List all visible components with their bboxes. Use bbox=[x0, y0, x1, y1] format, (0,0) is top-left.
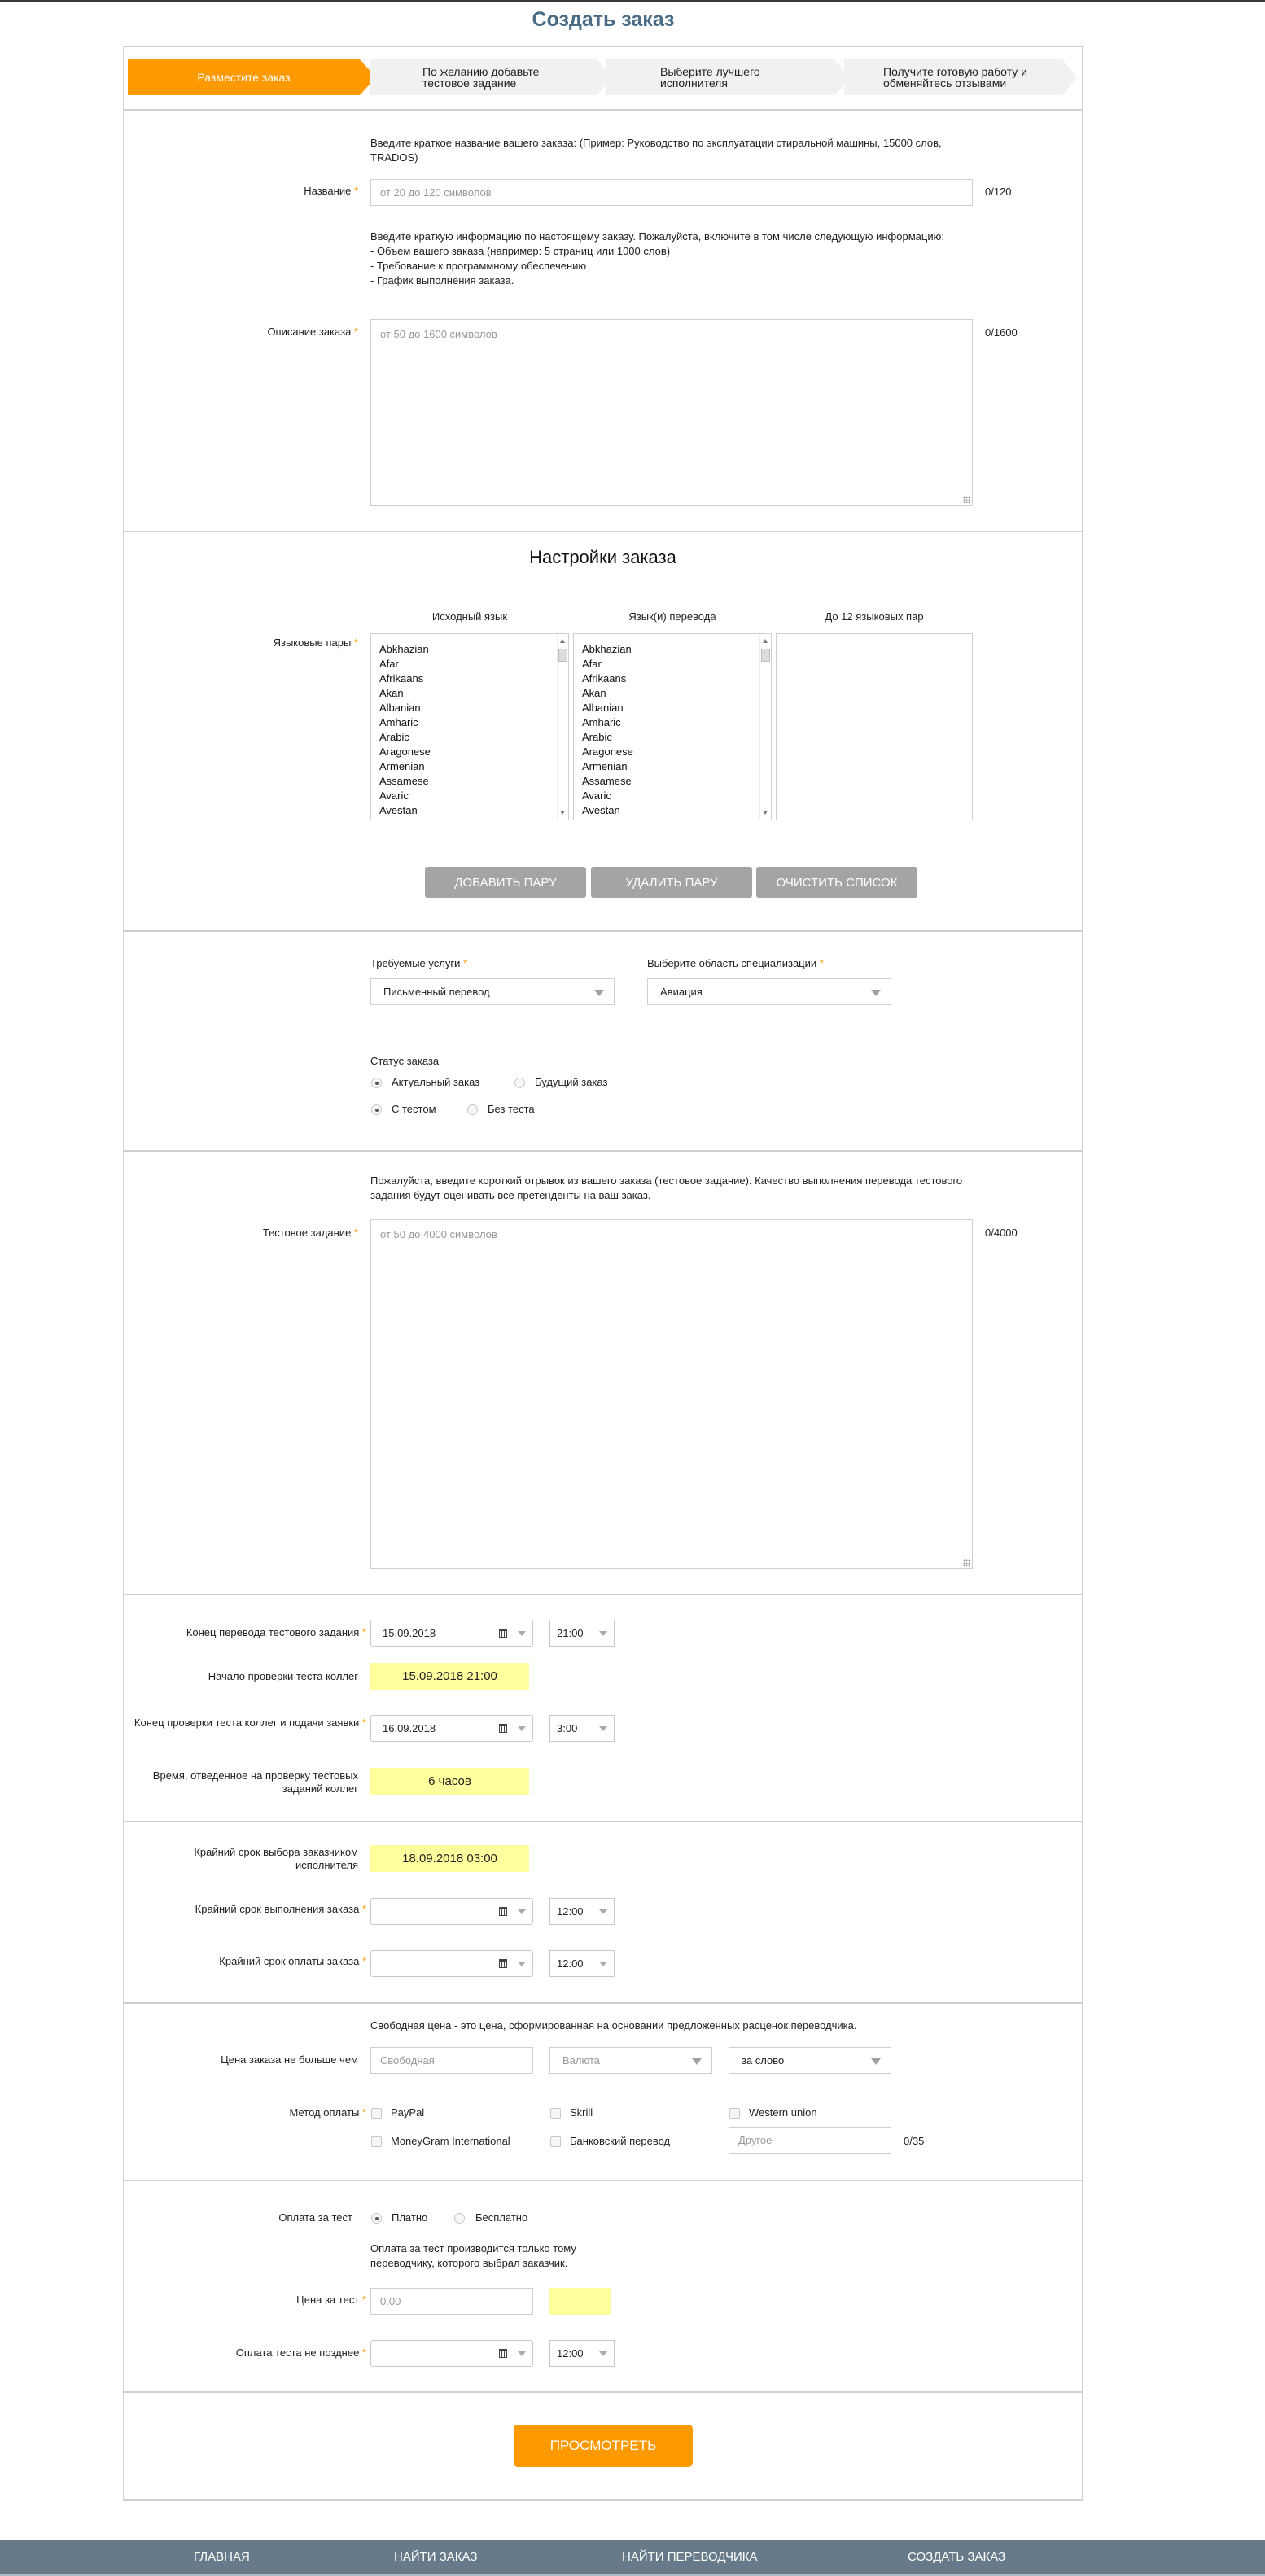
name-input[interactable]: от 20 до 120 символов bbox=[370, 179, 973, 206]
footer-link-find-translator[interactable]: НАЙТИ ПЕРЕВОДЧИКА bbox=[622, 2540, 758, 2574]
test-price-input[interactable]: 0.00 bbox=[370, 2288, 533, 2315]
review-start-label: Начало проверки теста коллег bbox=[130, 1670, 358, 1683]
description-hint: Введите краткую информацию по настоящему… bbox=[370, 230, 956, 288]
test-payment-hint: Оплата за тест производится только тому … bbox=[370, 2241, 615, 2271]
test-task-textarea[interactable]: от 50 до 4000 символов bbox=[370, 1219, 973, 1569]
description-label: Описание заказа * bbox=[163, 326, 358, 339]
paid-test-radio[interactable] bbox=[371, 2213, 382, 2224]
language-option[interactable]: Amharic bbox=[379, 715, 431, 730]
footer-link-home[interactable]: ГЛАВНАЯ bbox=[194, 2540, 250, 2574]
pairs-header: До 12 языковых пар bbox=[776, 610, 973, 623]
divider bbox=[123, 531, 1083, 532]
source-list-scrollbar[interactable] bbox=[557, 634, 568, 820]
language-option[interactable]: Arabic bbox=[582, 730, 633, 745]
with-test-label: С тестом bbox=[392, 1103, 436, 1115]
test-task-hint: Пожалуйста, введите короткий отрывок из … bbox=[370, 1174, 973, 1203]
paypal-label: PayPal bbox=[391, 2106, 424, 2119]
language-option[interactable]: Avestan bbox=[379, 803, 431, 818]
language-option[interactable]: Akan bbox=[582, 686, 633, 701]
language-option[interactable]: Armenian bbox=[582, 759, 633, 774]
divider bbox=[123, 1821, 1083, 1822]
language-option[interactable]: Albanian bbox=[379, 701, 431, 715]
price-label: Цена заказа не больше чем bbox=[130, 2053, 358, 2066]
divider bbox=[123, 1594, 1083, 1595]
review-duration-label: Время, отведенное на проверку тестовых з… bbox=[130, 1769, 358, 1795]
language-option[interactable]: Afar bbox=[582, 657, 633, 671]
status-current-radio[interactable] bbox=[371, 1078, 382, 1088]
divider bbox=[123, 2180, 1083, 2181]
language-option[interactable]: Amharic bbox=[582, 715, 633, 730]
language-option[interactable]: Assamese bbox=[379, 774, 431, 789]
name-label: Название * bbox=[163, 185, 358, 198]
language-option[interactable]: Afrikaans bbox=[379, 671, 431, 686]
language-option[interactable]: Avaric bbox=[379, 789, 431, 803]
price-unit-select[interactable]: за слово bbox=[729, 2047, 891, 2074]
chevron-down-icon bbox=[599, 1631, 607, 1636]
skrill-label: Skrill bbox=[570, 2106, 593, 2119]
description-counter: 0/1600 bbox=[985, 326, 1018, 339]
test-task-counter: 0/4000 bbox=[985, 1227, 1018, 1239]
test-payment-time-select[interactable]: 12:00 bbox=[549, 2340, 615, 2367]
step-4-arrow bbox=[1062, 59, 1077, 95]
name-hint: Введите краткое название вашего заказа: … bbox=[370, 136, 956, 165]
services-select[interactable]: Письменный перевод bbox=[370, 978, 615, 1005]
chevron-down-icon bbox=[518, 1962, 526, 1966]
chevron-down-icon bbox=[599, 1726, 607, 1731]
choose-deadline-label: Крайний срок выбора заказчиком исполните… bbox=[130, 1846, 358, 1872]
divider bbox=[123, 930, 1083, 932]
name-counter: 0/120 bbox=[985, 186, 1012, 198]
settings-heading: Настройки заказа bbox=[123, 547, 1083, 568]
step-1: Разместите заказ bbox=[128, 59, 360, 95]
footer-link-create-order[interactable]: СОЗДАТЬ ЗАКАЗ bbox=[908, 2540, 1005, 2574]
price-input[interactable]: Свободная bbox=[370, 2047, 533, 2074]
calendar-icon bbox=[499, 1959, 507, 1968]
preview-button[interactable]: ПРОСМОТРЕТЬ bbox=[514, 2425, 693, 2467]
language-option[interactable]: Abkhazian bbox=[379, 642, 431, 657]
language-option[interactable]: Aragonese bbox=[582, 745, 633, 759]
choose-deadline-value: 18.09.2018 03:00 bbox=[370, 1845, 529, 1872]
other-payment-input[interactable]: Другое bbox=[729, 2127, 891, 2154]
complete-deadline-label: Крайний срок выполнения заказа * bbox=[130, 1903, 366, 1916]
target-language-header: Язык(и) перевода bbox=[573, 610, 772, 623]
status-current-label: Актуальный заказ bbox=[392, 1076, 479, 1088]
chevron-down-icon bbox=[518, 2351, 526, 2356]
clear-list-button[interactable]: ОЧИСТИТЬ СПИСОК bbox=[756, 867, 917, 898]
chevron-down-icon bbox=[518, 1726, 526, 1731]
calendar-icon bbox=[499, 2349, 507, 2358]
review-end-date-picker[interactable]: 16.09.2018 bbox=[370, 1715, 533, 1742]
test-payment-deadline-label: Оплата теста не позднее * bbox=[130, 2346, 366, 2360]
free-test-radio[interactable] bbox=[454, 2213, 465, 2224]
description-textarea[interactable]: от 50 до 1600 символов bbox=[370, 319, 973, 506]
order-status-label: Статус заказа bbox=[370, 1054, 439, 1069]
language-option[interactable]: Afrikaans bbox=[582, 671, 633, 686]
target-language-list[interactable]: AbkhazianAfarAfrikaansAkanAlbanianAmhari… bbox=[573, 633, 772, 820]
moneygram-label: MoneyGram International bbox=[391, 2135, 510, 2147]
chevron-down-icon bbox=[599, 2351, 607, 2356]
divider bbox=[123, 2391, 1083, 2393]
bank-transfer-checkbox[interactable] bbox=[550, 2136, 561, 2147]
services-label: Требуемые услуги * bbox=[370, 956, 467, 971]
test-price-currency-display bbox=[549, 2288, 611, 2315]
source-language-header: Исходный язык bbox=[370, 610, 569, 623]
target-list-scrollbar[interactable] bbox=[759, 634, 771, 820]
status-future-label: Будущий заказ bbox=[535, 1076, 607, 1088]
review-start-value: 15.09.2018 21:00 bbox=[370, 1663, 529, 1690]
divider bbox=[123, 2499, 1083, 2501]
status-future-radio[interactable] bbox=[514, 1078, 525, 1088]
paid-test-label: Платно bbox=[392, 2211, 427, 2224]
complete-deadline-date-picker[interactable] bbox=[370, 1898, 533, 1925]
pay-deadline-date-picker[interactable] bbox=[370, 1950, 533, 1977]
resize-handle-icon[interactable] bbox=[963, 1559, 970, 1566]
without-test-label: Без теста bbox=[488, 1103, 535, 1115]
review-end-time-select[interactable]: 3:00 bbox=[549, 1715, 615, 1742]
chevron-down-icon bbox=[518, 1631, 526, 1636]
language-option[interactable]: Akan bbox=[379, 686, 431, 701]
chevron-down-icon bbox=[518, 1909, 526, 1914]
bank-transfer-label: Банковский перевод bbox=[570, 2135, 670, 2147]
divider bbox=[123, 2002, 1083, 2004]
price-hint: Свободная цена - это цена, сформированна… bbox=[370, 2018, 973, 2033]
language-pairs-label: Языковые пары * bbox=[163, 636, 358, 649]
divider bbox=[123, 1150, 1083, 1152]
divider bbox=[123, 109, 1083, 111]
skrill-checkbox[interactable] bbox=[550, 2108, 561, 2119]
paypal-checkbox[interactable] bbox=[371, 2108, 382, 2119]
complete-deadline-time-select[interactable]: 12:00 bbox=[549, 1898, 615, 1925]
browser-top-edge bbox=[0, 0, 1265, 2]
source-language-list[interactable]: AbkhazianAfarAfrikaansAkanAlbanianAmhari… bbox=[370, 633, 569, 820]
scroll-down-icon bbox=[560, 811, 565, 815]
language-option[interactable]: Afar bbox=[379, 657, 431, 671]
language-option[interactable]: Arabic bbox=[379, 730, 431, 745]
page-title: Создать заказ bbox=[0, 8, 1206, 32]
review-duration-value: 6 часов bbox=[370, 1768, 529, 1795]
chevron-down-icon bbox=[692, 2058, 702, 2065]
chevron-down-icon bbox=[871, 2058, 881, 2065]
review-end-label: Конец проверки теста коллег и подачи зая… bbox=[130, 1717, 366, 1730]
order-stepper: Разместите заказ По желанию добавьте тес… bbox=[128, 59, 1077, 95]
chevron-down-icon bbox=[599, 1909, 607, 1914]
western-union-checkbox[interactable] bbox=[729, 2108, 740, 2119]
resize-handle-icon[interactable] bbox=[963, 496, 970, 503]
specialization-label: Выберите область специализации * bbox=[647, 956, 824, 971]
test-end-time-select[interactable]: 21:00 bbox=[549, 1620, 615, 1647]
chevron-down-icon bbox=[594, 990, 604, 996]
scroll-up-icon bbox=[560, 639, 565, 643]
specialization-select[interactable]: Авиация bbox=[647, 978, 891, 1005]
language-option[interactable]: Armenian bbox=[379, 759, 431, 774]
test-payment-label: Оплата за тест bbox=[130, 2211, 352, 2224]
pay-deadline-label: Крайний срок оплаты заказа * bbox=[130, 1955, 366, 1968]
calendar-icon bbox=[499, 1724, 507, 1733]
test-end-date-picker[interactable]: 15.09.2018 bbox=[370, 1620, 533, 1647]
language-option[interactable]: Avestan bbox=[582, 803, 633, 818]
chevron-down-icon bbox=[871, 990, 881, 996]
language-option[interactable]: Assamese bbox=[582, 774, 633, 789]
language-option[interactable]: Aragonese bbox=[379, 745, 431, 759]
payment-method-label: Метод оплаты * bbox=[130, 2106, 366, 2119]
test-price-label: Цена за тест * bbox=[130, 2294, 366, 2307]
without-test-radio[interactable] bbox=[467, 1104, 478, 1115]
footer-link-find-order[interactable]: НАЙТИ ЗАКАЗ bbox=[394, 2540, 477, 2574]
test-task-label: Тестовое задание * bbox=[163, 1227, 358, 1240]
currency-select[interactable]: Валюта bbox=[549, 2047, 712, 2074]
test-payment-date-picker[interactable] bbox=[370, 2340, 533, 2367]
remove-pair-button[interactable]: УДАЛИТЬ ПАРУ bbox=[591, 867, 752, 898]
chevron-down-icon bbox=[599, 1962, 607, 1966]
calendar-icon bbox=[499, 1629, 507, 1638]
calendar-icon bbox=[499, 1907, 507, 1916]
with-test-radio[interactable] bbox=[371, 1104, 382, 1115]
western-union-label: Western union bbox=[749, 2106, 817, 2119]
step-4: Получите готовую работу и обменяйтесь от… bbox=[844, 59, 1062, 95]
test-end-label: Конец перевода тестового задания * bbox=[130, 1626, 366, 1639]
add-pair-button[interactable]: ДОБАВИТЬ ПАРУ bbox=[425, 867, 586, 898]
scroll-down-icon bbox=[763, 811, 768, 815]
language-option[interactable]: Abkhazian bbox=[582, 642, 633, 657]
language-option[interactable]: Albanian bbox=[582, 701, 633, 715]
footer-nav: ГЛАВНАЯ НАЙТИ ЗАКАЗ НАЙТИ ПЕРЕВОДЧИКА СО… bbox=[0, 2540, 1265, 2576]
moneygram-checkbox[interactable] bbox=[371, 2136, 382, 2147]
scroll-up-icon bbox=[763, 639, 768, 643]
selected-pairs-list[interactable] bbox=[776, 633, 973, 820]
free-test-label: Бесплатно bbox=[475, 2211, 527, 2224]
step-2: По желанию добавьте тестовое задание bbox=[370, 59, 597, 95]
language-option[interactable]: Avaric bbox=[582, 789, 633, 803]
other-payment-counter: 0/35 bbox=[904, 2135, 924, 2147]
pay-deadline-time-select[interactable]: 12:00 bbox=[549, 1950, 615, 1977]
step-3: Выберите лучшего исполнителя bbox=[606, 59, 834, 95]
